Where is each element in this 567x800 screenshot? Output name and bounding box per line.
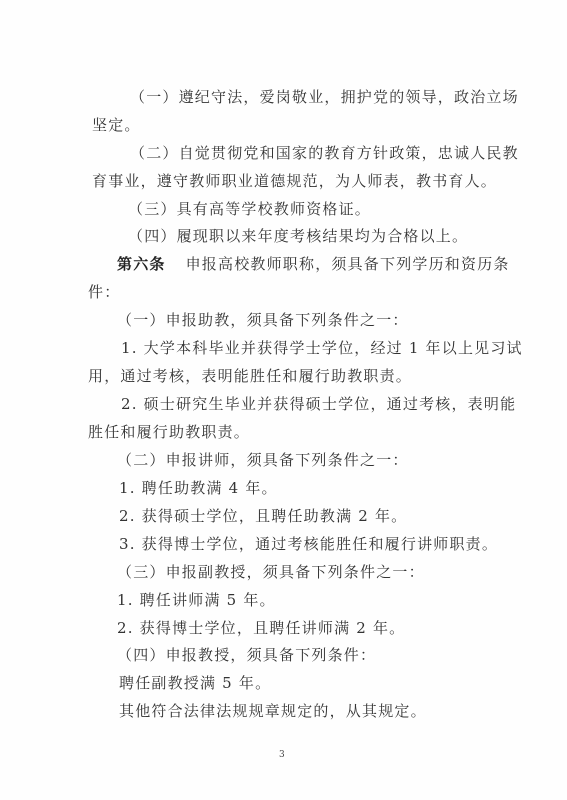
paragraph-line: 件： (88, 282, 120, 302)
paragraph-line: 胜任和履行助教职责。 (88, 422, 250, 442)
paragraph-line: 1. 聘任讲师满 5 年。 (117, 590, 276, 610)
paragraph-line: 2. 硕士研究生毕业并获得硕士学位，通过考核，表明能 (121, 394, 516, 414)
paragraph-line: 2. 获得博士学位，且聘任讲师满 2 年。 (117, 618, 405, 638)
paragraph-line: （一）申报助教，须具备下列条件之一： (117, 310, 409, 330)
paragraph-line: （二）自觉贯彻党和国家的教育方针政策，忠诚人民教 (130, 143, 519, 163)
paragraph-line: （二）申报讲师，须具备下列条件之一： (117, 450, 409, 470)
paragraph-line: 2. 获得硕士学位，且聘任助教满 2 年。 (119, 506, 407, 526)
article-heading-line: 第六条申报高校教师职称，须具备下列学历和资历条 (117, 254, 510, 274)
paragraph-line: （四）申报教授，须具备下列条件： (117, 645, 376, 665)
paragraph-line: 1. 大学本科毕业并获得学士学位，经过 1 年以上见习试 (121, 338, 523, 358)
paragraph-line: 育事业，遵守教师职业道德规范，为人师表，教书育人。 (92, 171, 497, 191)
paragraph-line: （三）具有高等学校教师资格证。 (128, 199, 371, 219)
paragraph-line: （四）履现职以来年度考核结果均为合格以上。 (128, 226, 468, 246)
page-number: 3 (279, 750, 285, 760)
paragraph-line: 1. 聘任助教满 4 年。 (119, 478, 278, 498)
document-page: （一）遵纪守法，爱岗敬业，拥护党的领导，政治立场 坚定。 （二）自觉贯彻党和国家… (0, 0, 567, 800)
paragraph-line: 其他符合法律法规规章规定的，从其规定。 (119, 701, 427, 721)
paragraph-line: 3. 获得博士学位，通过考核能胜任和履行讲师职责。 (119, 534, 498, 554)
paragraph-line: （三）申报副教授，须具备下列条件之一： (117, 562, 425, 582)
paragraph-line: （一）遵纪守法，爱岗敬业，拥护党的领导，政治立场 (130, 87, 519, 107)
article-text: 申报高校教师职称，须具备下列学历和资历条 (186, 255, 510, 273)
article-number: 第六条 (117, 255, 166, 273)
paragraph-line: 坚定。 (92, 115, 141, 135)
paragraph-line: 聘任副教授满 5 年。 (119, 673, 271, 693)
paragraph-line: 用，通过考核，表明能胜任和履行助教职责。 (88, 366, 412, 386)
